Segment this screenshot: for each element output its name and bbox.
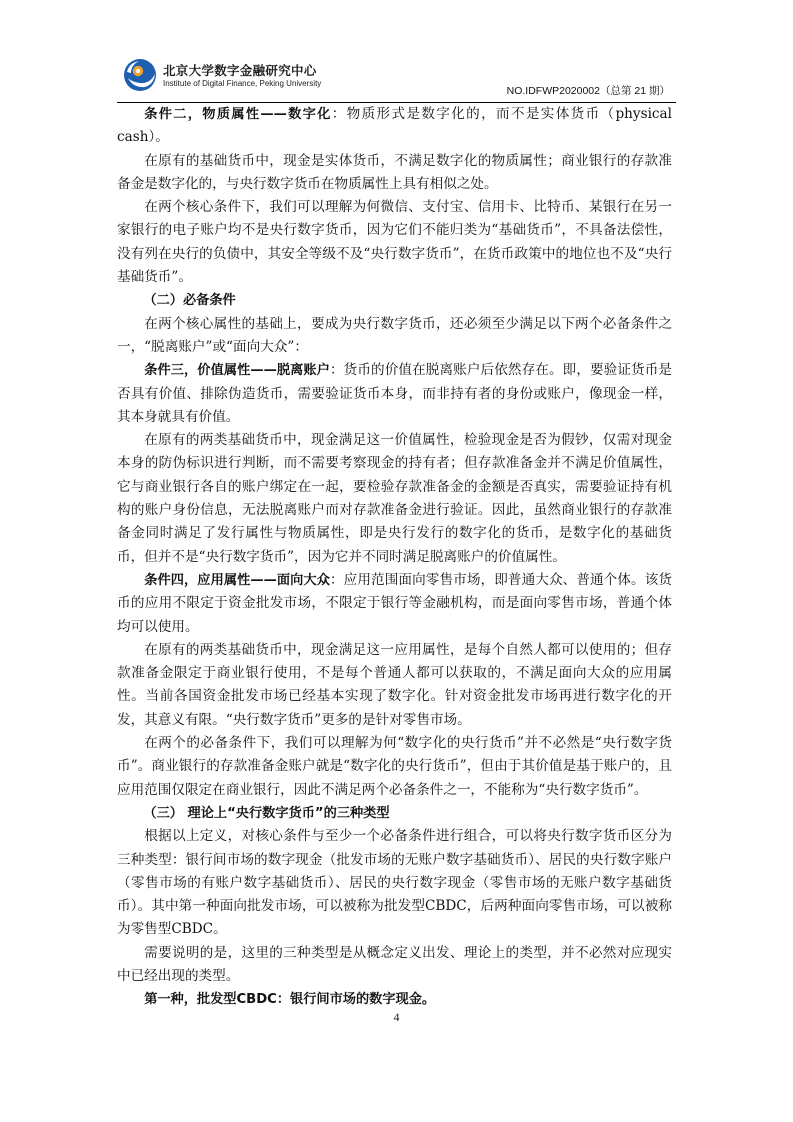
bold-lead: 条件二，物质属性——数字化 [144,107,332,122]
paragraph: 在两个核心属性的基础上，要成为央行数字货币，还必须至少满足以下两个必备条件之一，… [117,313,672,360]
paragraph: 需要说明的是，这里的三种类型是从概念定义出发、理论上的类型，并不必然对应现实中已… [117,942,672,989]
org-name-en: Institute of Digital Finance, Peking Uni… [163,79,321,88]
paragraph: 根据以上定义，对核心条件与至少一个必备条件进行组合，可以将央行数字货币区分为三种… [117,825,672,941]
paragraph: 第一种，批发型CBDC：银行间市场的数字现金。 [117,988,672,1011]
section-heading: （二）必备条件 [117,289,672,312]
paragraph: 条件二，物质属性——数字化：物质形式是数字化的，而不是实体货币（physical… [117,103,672,150]
section-heading: （三） 理论上“央行数字货币”的三种类型 [117,802,672,825]
paragraph: 在原有的基础货币中，现金是实体货币，不满足数字化的物质属性；商业银行的存款准备金… [117,150,672,197]
page-header: 北京大学数字金融研究中心 Institute of Digital Financ… [117,55,676,103]
bold-lead: 条件四，应用属性——面向大众 [144,573,330,588]
paragraph: 在两个核心条件下，我们可以理解为何微信、支付宝、信用卡、比特币、某银行在另一家银… [117,196,672,289]
paragraph: 条件三，价值属性——脱离账户：货币的价值在脱离账户后依然存在。即，要验证货币是否… [117,359,672,429]
document-body: 条件二，物质属性——数字化：物质形式是数字化的，而不是实体货币（physical… [117,103,672,1012]
doc-number: NO.IDFWP2020002（总第 21 期） [507,83,670,98]
bold-lead: 第一种，批发型CBDC：银行间市场的数字现金。 [144,992,435,1007]
org-name-cn: 北京大学数字金融研究中心 [163,61,317,79]
paragraph: 条件四，应用属性——面向大众：应用范围面向零售市场，即普通大众、普通个体。该货币… [117,569,672,639]
paragraph: 在原有的两类基础货币中，现金满足这一应用属性，是每个自然人都可以使用的；但存款准… [117,639,672,732]
bold-lead: 条件三，价值属性——脱离账户 [144,363,330,378]
page-number: 4 [0,1010,793,1025]
institute-logo-icon [123,58,157,92]
paragraph: 在原有的两类基础货币中，现金满足这一价值属性，检验现金是否为假钞，仅需对现金本身… [117,429,672,569]
paragraph: 在两个的必备条件下，我们可以理解为何“数字化的央行货币”并不必然是“央行数字货币… [117,732,672,802]
